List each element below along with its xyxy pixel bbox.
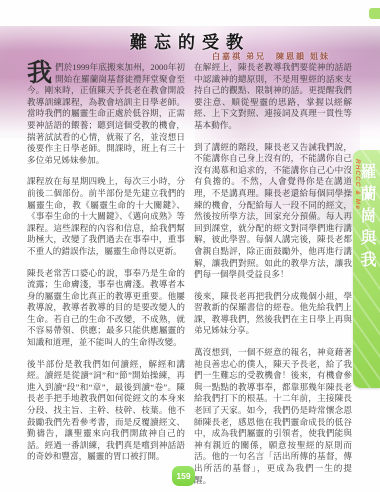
section-tab-title: 羅蘭崗與我 — [355, 163, 378, 273]
article-authors: 白嘉祺 弟兄 陳恩韻 姐妹 — [212, 51, 330, 62]
magazine-page: 難忘的受教 白嘉祺 弟兄 陳恩韻 姐妹 我們於1999年底搬來加州，2000年初… — [0, 0, 380, 492]
section-tab: RHCCC & Me 羅蘭崗與我 — [353, 150, 380, 388]
page-number-badge: 159 — [172, 466, 195, 486]
right-column: 在解經上，陳長老教導我們要從神的話語中認識神的總原則，不是用聖經的話來支持自己的… — [194, 62, 352, 486]
article-body: 我們於1999年底搬來加州，2000年初開始在羅蘭崗基督徒禮拜堂聚會至今。剛來時… — [27, 62, 352, 486]
corner-tab — [369, 8, 380, 19]
article-title: 難忘的受教 — [130, 28, 250, 53]
paragraph: 後半部份是教我們如何讀經，解經和講經。讀經是從讀“詞”和“節”開始操練，再進入到… — [27, 359, 185, 463]
paragraph: 到了講經的階段，陳長老又告誡我們說，不能講你自己身上沒有的，不能講你自己沒有渴慕… — [194, 142, 352, 281]
paragraph: 陳長老常苦口婆心的說，事奉乃是生命的流露；生命膚淺，事奉也膚淺。教導者本身的屬靈… — [27, 268, 185, 349]
drop-cap: 我 — [27, 63, 52, 85]
paragraph: 後來，陳長老再把我們分成幾個小組，學習教新的保羅書信的經卷。他先給我們上課，教導… — [194, 291, 352, 337]
paragraph: 課程放在每星期四晚上，每次三小時，分前後二個部份。前半部份是先建立我們的屬靈生命… — [27, 176, 185, 257]
paragraph: 我們於1999年底搬來加州，2000年初開始在羅蘭崗基督徒禮拜堂聚會至今。剛來時… — [27, 62, 185, 166]
title-block: 難忘的受教 — [0, 28, 380, 53]
paragraph: 在解經上，陳長老教導我們要從神的話語中認識神的總原則，不是用聖經的話來支持自己的… — [194, 62, 352, 132]
left-column: 我們於1999年底搬來加州，2000年初開始在羅蘭崗基督徒禮拜堂聚會至今。剛來時… — [27, 62, 185, 486]
paragraph: 萬沒想到，一個不經意的報名，神竟藉著祂良善忠心的僕人，陳天予長老，給了我們一生難… — [194, 347, 352, 486]
